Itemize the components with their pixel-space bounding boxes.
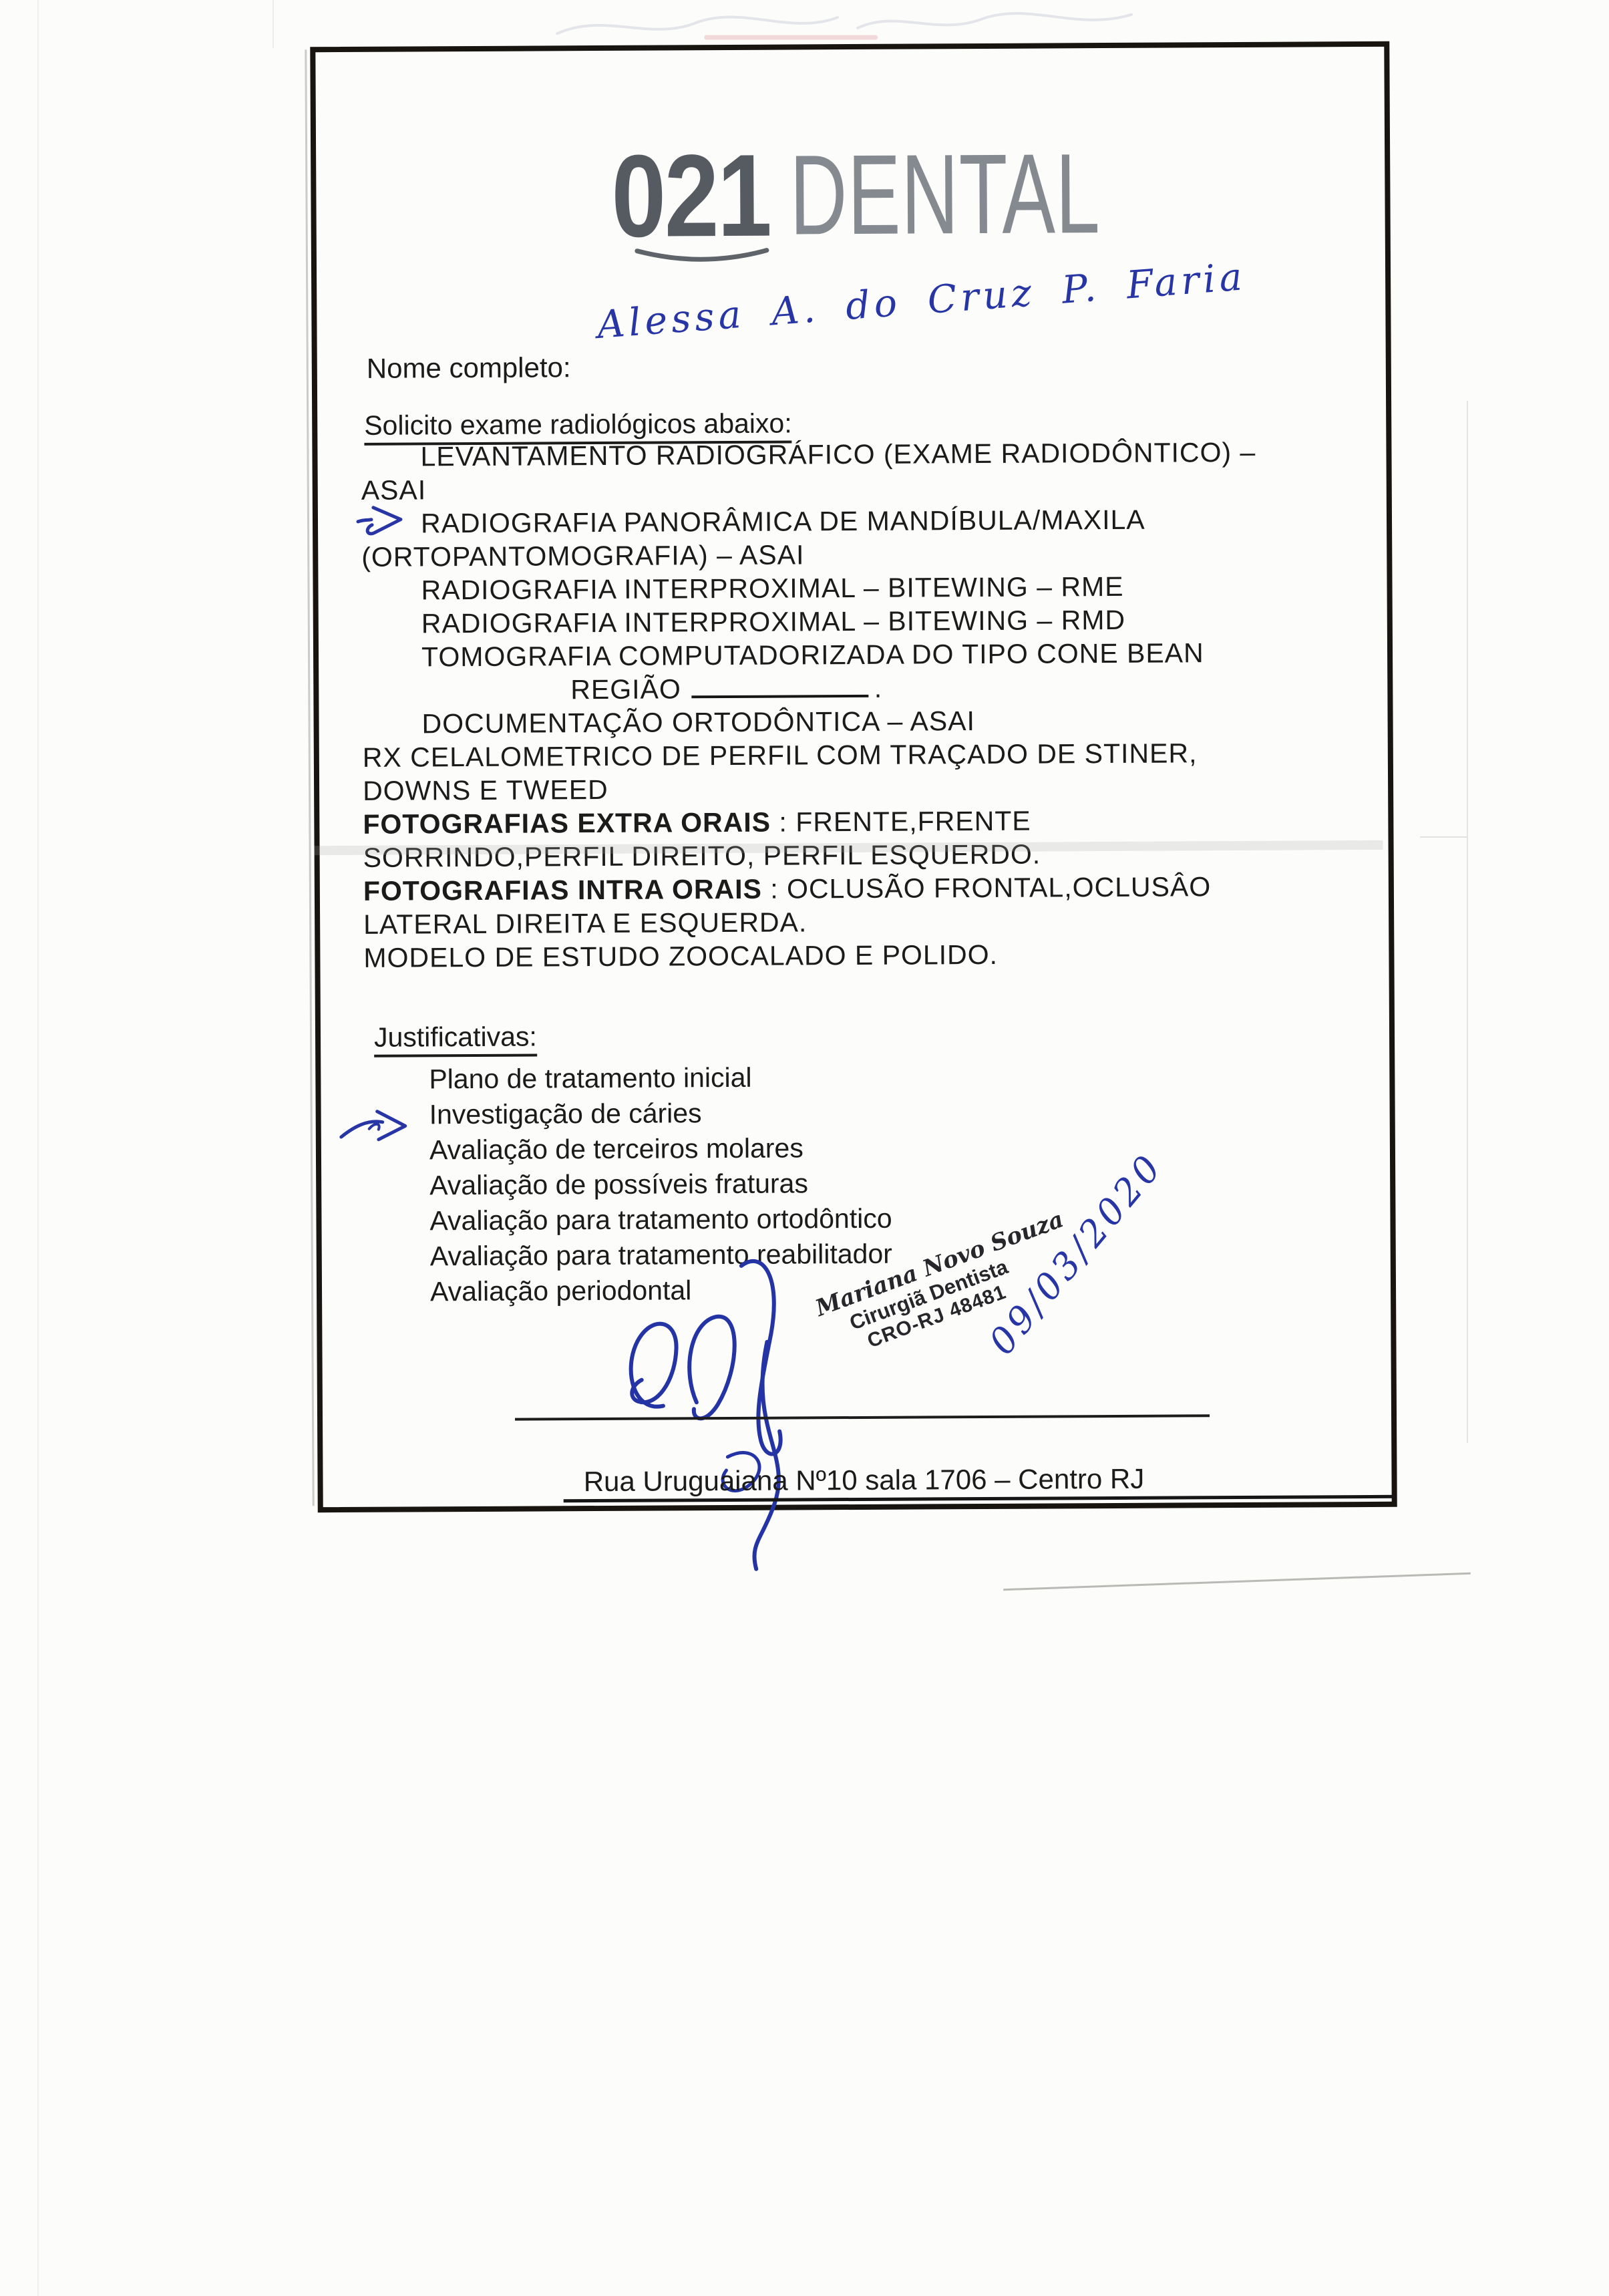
exam-line: LEVANTAMENTO RADIOGRÁFICO (EXAME RADIODÔ… bbox=[312, 435, 1391, 474]
exam-line: RADIOGRAFIA PANORÂMICA DE MANDÍBULA/MAXI… bbox=[313, 502, 1392, 540]
clinic-logo-word: DENTAL bbox=[789, 137, 1101, 252]
logo-swoosh-icon bbox=[632, 245, 772, 267]
clinic-address: Rua Uruguaiana Nº10 sala 1706 – Centro R… bbox=[437, 1462, 1290, 1499]
exam-line: RX CELALOMETRICO DE PERFIL COM TRAÇADO D… bbox=[314, 735, 1393, 774]
exam-line: RADIOGRAFIA INTERPROXIMAL – BITEWING – R… bbox=[313, 602, 1393, 641]
ghost-print-through bbox=[550, 3, 1151, 47]
handwritten-arrow-icon bbox=[339, 1104, 424, 1145]
exam-line: TOMOGRAFIA COMPUTADORIZADA DO TIPO CONE … bbox=[313, 635, 1393, 674]
exam-line: FOTOGRAFIAS EXTRA ORAIS : FRENTE,FRENTE bbox=[314, 802, 1393, 841]
justification-item: Avaliação para tratamento ortodôntico bbox=[316, 1198, 1318, 1239]
justification-item: Investigação de cáries bbox=[316, 1092, 1318, 1133]
exam-line: FOTOGRAFIAS INTRA ORAIS : OCLUSÃO FRONTA… bbox=[315, 869, 1394, 908]
request-section-heading: Solicito exame radiológicos abaixo: bbox=[364, 407, 792, 441]
justification-item: Avaliação de terceiros molares bbox=[316, 1128, 1318, 1168]
handwritten-signature bbox=[596, 1241, 885, 1577]
scanned-document-page: 021 DENTAL Nome completo: Alessa A. do C… bbox=[0, 0, 1609, 2296]
exam-line: LATERAL DIREITA E ESQUERDA. bbox=[315, 903, 1394, 941]
exam-line: DOWNS E TWEED bbox=[314, 769, 1393, 808]
exam-region-line: REGIÃO. bbox=[313, 669, 1393, 707]
exam-list: LEVANTAMENTO RADIOGRÁFICO (EXAME RADIODÔ… bbox=[312, 435, 1394, 975]
justification-item: Plano de tratamento inicial bbox=[315, 1057, 1317, 1098]
exam-line: (ORTOPANTOMOGRAFIA) – ASAI bbox=[313, 535, 1392, 574]
justifications-heading: Justificativas: bbox=[374, 1021, 537, 1053]
region-blank-field bbox=[692, 672, 869, 698]
exam-line: ASAI bbox=[313, 468, 1392, 507]
exam-line: MODELO DE ESTUDO ZOOCALADO E POLIDO. bbox=[315, 936, 1394, 975]
name-field-label: Nome completo: bbox=[367, 351, 571, 385]
scan-color-bleed bbox=[704, 35, 878, 39]
clinic-logo-number: 021 bbox=[611, 138, 771, 255]
exam-line: DOCUMENTAÇÃO ORTODÔNTICA – ASAI bbox=[313, 702, 1393, 741]
handwritten-arrow-icon bbox=[355, 500, 413, 538]
exam-line: RADIOGRAFIA INTERPROXIMAL – BITEWING – R… bbox=[313, 568, 1392, 607]
